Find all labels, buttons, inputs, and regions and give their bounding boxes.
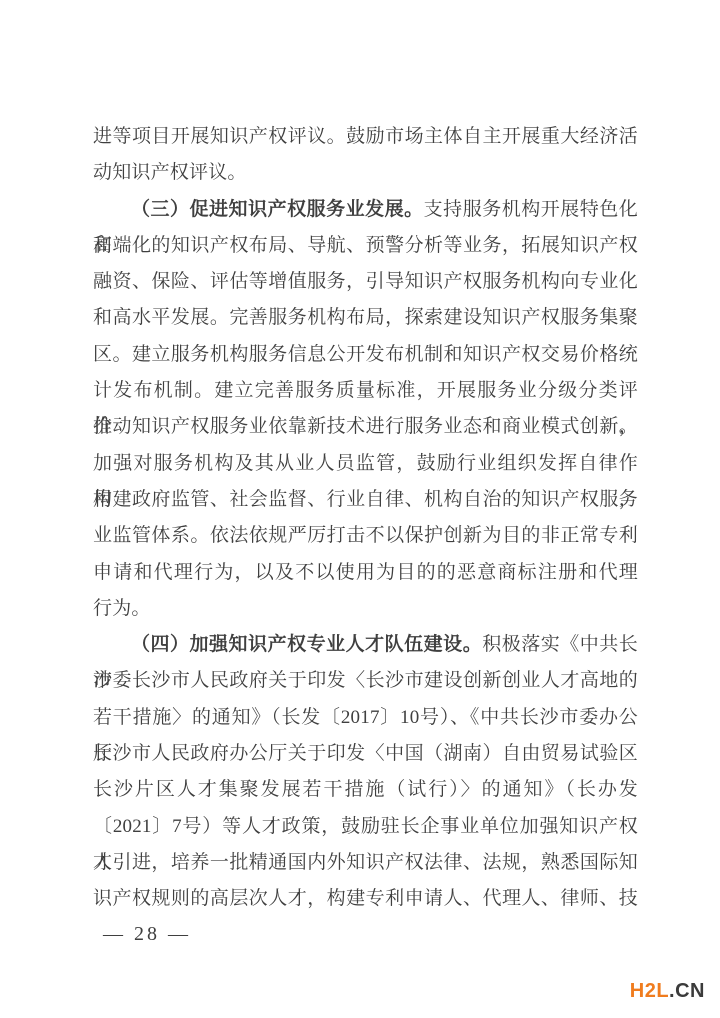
text-line: 进等项目开展知识产权评议。鼓励市场主体自主开展重大经济活	[93, 119, 638, 155]
text-line: （四）加强知识产权专业人才队伍建设。积极落实《中共长沙	[93, 627, 638, 663]
line-text: 进等项目开展知识产权评议。鼓励市场主体自主开展重大经济活	[93, 126, 638, 147]
line-text: 长沙片区人才集聚发展若干措施（试行）〉的通知》（长办发	[93, 779, 638, 800]
text-line: 才引进，培养一批精通国内外知识产权法律、法规，熟悉国际知	[93, 845, 638, 881]
line-text: 和高水平发展。完善服务机构布局，探索建设知识产权服务集聚	[93, 307, 638, 328]
text-line: 长沙市人民政府办公厅关于印发〈中国（湖南）自由贸易试验区	[93, 736, 638, 772]
text-line: 构建政府监管、社会监督、行业自律、机构自治的知识产权服务	[93, 482, 638, 518]
section-heading: （三）促进知识产权服务业发展。	[131, 199, 424, 220]
watermark-suffix: .CN	[669, 980, 705, 1002]
text-line: 申请和代理行为，以及不以使用为目的的恶意商标注册和代理	[93, 555, 638, 591]
line-text: 高端化的知识产权布局、导航、预警分析等业务，拓展知识产权	[93, 235, 638, 256]
line-text: 区。建立服务机构服务信息公开发布机制和知识产权交易价格统	[93, 344, 638, 365]
text-line: 〔2021〕7号）等人才政策，鼓励驻长企事业单位加强知识产权人	[93, 809, 638, 845]
line-text: 动知识产权评议。	[93, 162, 247, 183]
text-line: （三）促进知识产权服务业发展。支持服务机构开展特色化和	[93, 192, 638, 228]
watermark-brand: H2L	[630, 980, 669, 1002]
text-line: 若干措施〉的通知》（长发〔2017〕10号）、《中共长沙市委办公厅	[93, 700, 638, 736]
line-text: 行为。	[93, 598, 151, 619]
page-number: — 28 —	[103, 920, 191, 948]
line-text: 构建政府监管、社会监督、行业自律、机构自治的知识产权服务	[93, 489, 638, 510]
text-line: 融资、保险、评估等增值服务，引导知识产权服务机构向专业化	[93, 264, 638, 300]
document-page: 进等项目开展知识产权评议。鼓励市场主体自主开展重大经济活动知识产权评议。（三）促…	[0, 0, 720, 1018]
text-line: 动知识产权评议。	[93, 155, 638, 191]
watermark: H2L.CN	[630, 980, 705, 1002]
line-text: 市委长沙市人民政府关于印发〈长沙市建设创新创业人才高地的	[93, 670, 638, 691]
text-block: 进等项目开展知识产权评议。鼓励市场主体自主开展重大经济活动知识产权评议。（三）促…	[93, 119, 638, 918]
line-text: 融资、保险、评估等增值服务，引导知识产权服务机构向专业化	[93, 271, 638, 292]
line-text: 识产权规则的高层次人才，构建专利申请人、代理人、律师、技	[93, 888, 638, 909]
text-line: 市委长沙市人民政府关于印发〈长沙市建设创新创业人才高地的	[93, 663, 638, 699]
text-line: 长沙片区人才集聚发展若干措施（试行）〉的通知》（长办发	[93, 772, 638, 808]
text-line: 高端化的知识产权布局、导航、预警分析等业务，拓展知识产权	[93, 228, 638, 264]
text-line: 区。建立服务机构服务信息公开发布机制和知识产权交易价格统	[93, 337, 638, 373]
text-line: 加强对服务机构及其从业人员监管，鼓励行业组织发挥自律作用，	[93, 446, 638, 482]
line-text: 业监管体系。依法依规严厉打击不以保护创新为目的非正常专利	[93, 525, 638, 546]
section-heading: （四）加强知识产权专业人才队伍建设。	[131, 634, 482, 655]
line-text: 推动知识产权服务业依靠新技术进行服务业态和商业模式创新。	[93, 416, 638, 437]
line-text: 申请和代理行为，以及不以使用为目的的恶意商标注册和代理	[93, 562, 638, 583]
line-text: 长沙市人民政府办公厅关于印发〈中国（湖南）自由贸易试验区	[93, 743, 638, 764]
text-line: 识产权规则的高层次人才，构建专利申请人、代理人、律师、技	[93, 881, 638, 917]
text-line: 计发布机制。建立完善服务质量标准，开展服务业分级分类评价，	[93, 373, 638, 409]
text-line: 行为。	[93, 591, 638, 627]
line-text: 才引进，培养一批精通国内外知识产权法律、法规，熟悉国际知	[93, 852, 638, 873]
text-line: 推动知识产权服务业依靠新技术进行服务业态和商业模式创新。	[93, 409, 638, 445]
text-line: 业监管体系。依法依规严厉打击不以保护创新为目的非正常专利	[93, 518, 638, 554]
text-line: 和高水平发展。完善服务机构布局，探索建设知识产权服务集聚	[93, 300, 638, 336]
